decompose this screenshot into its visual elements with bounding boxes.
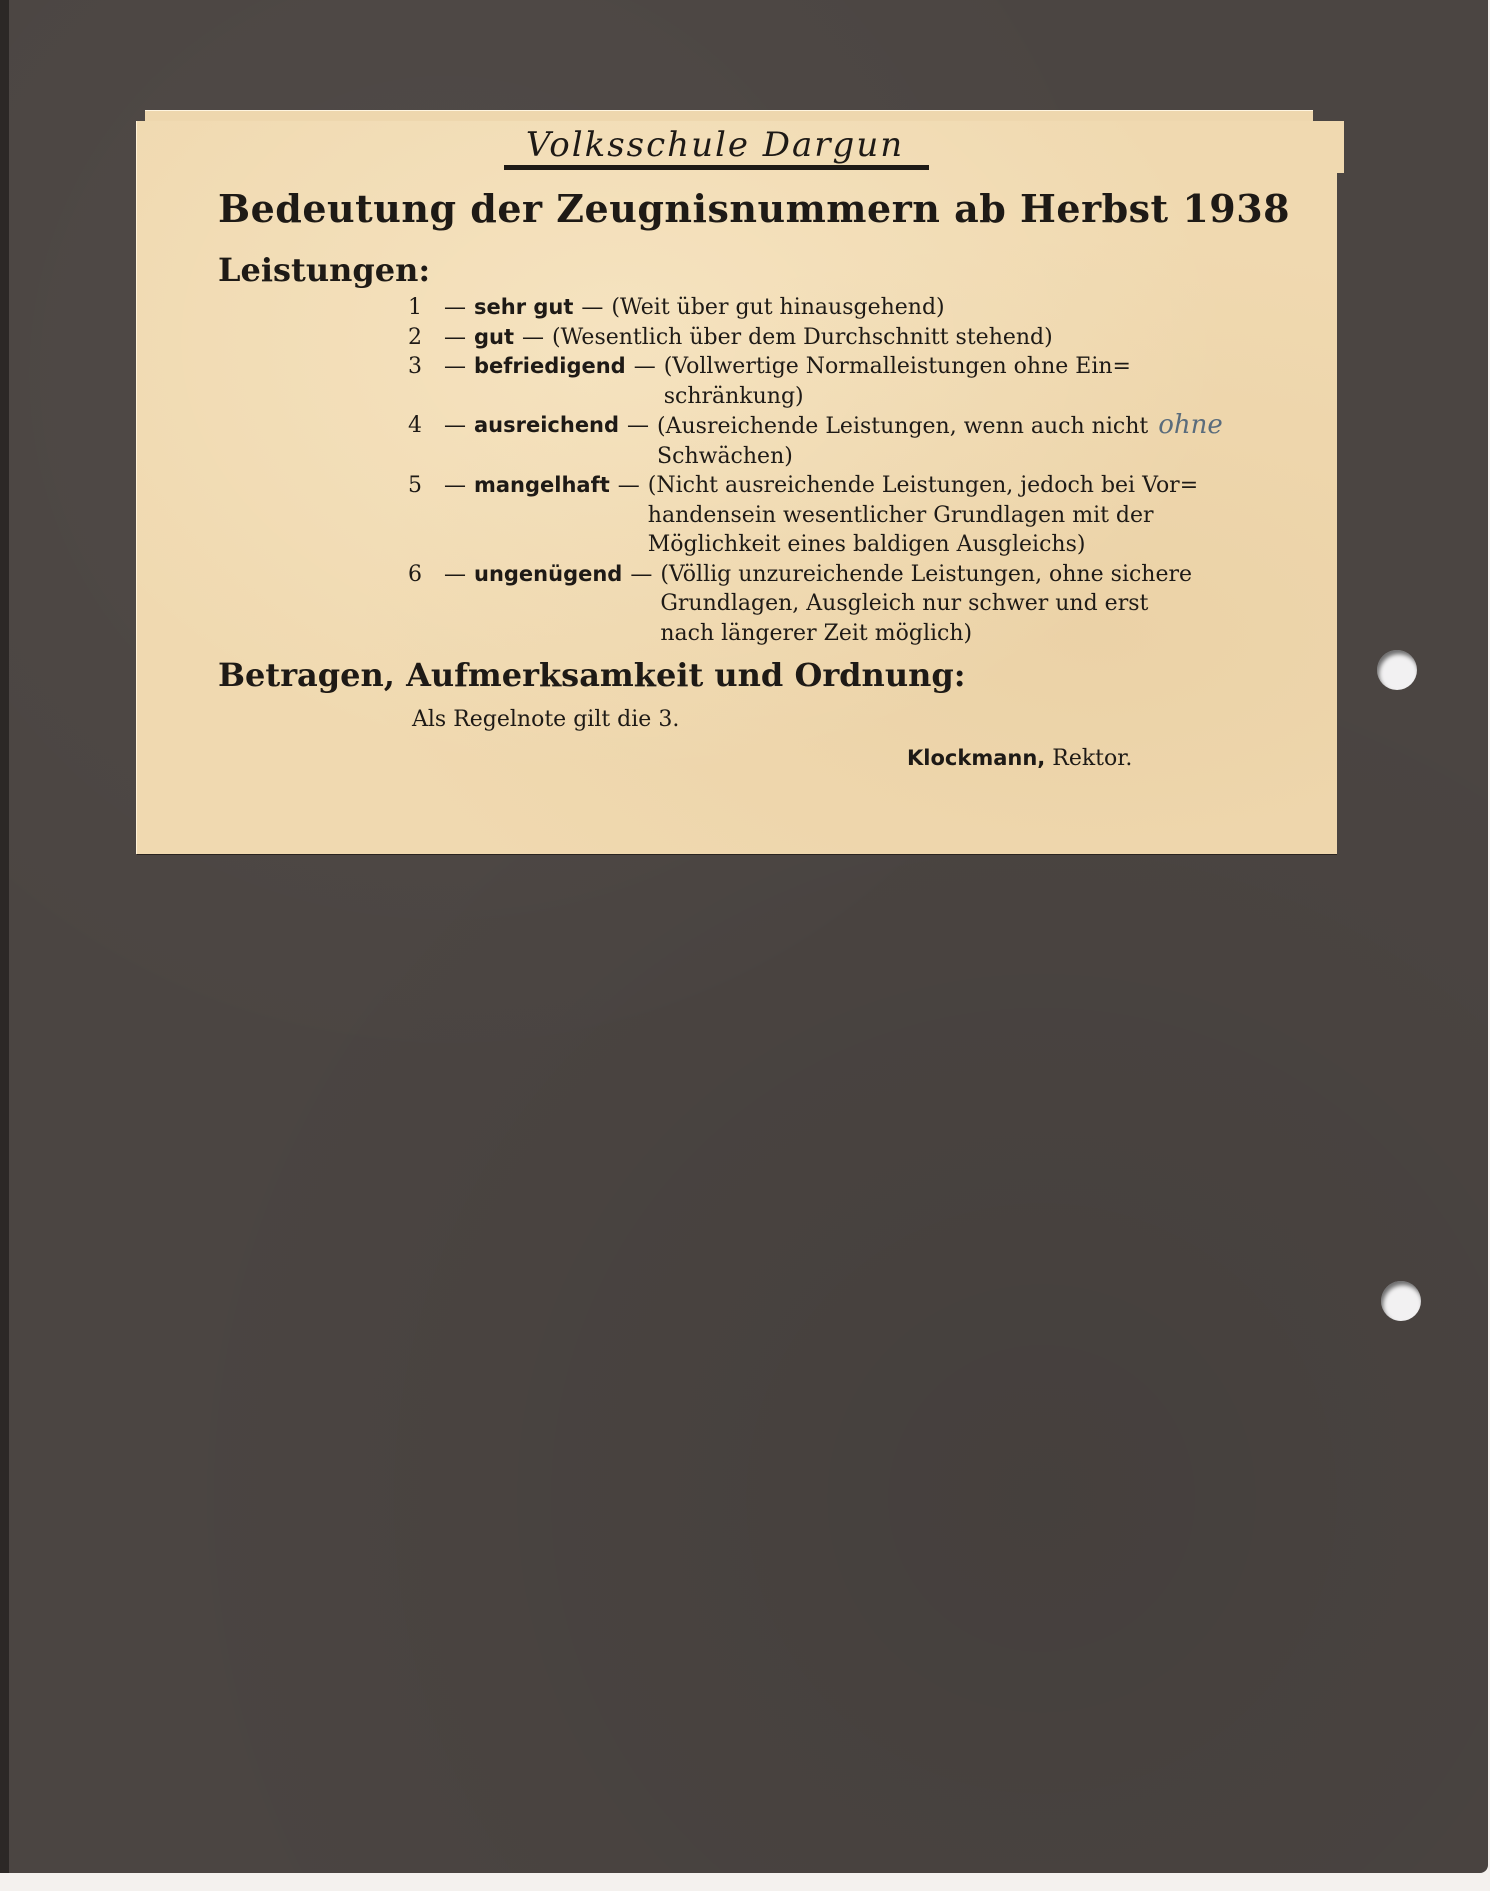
dash: — bbox=[610, 471, 648, 560]
grading-notice-paper: Volksschule Dargun Bedeutung der Zeugnis… bbox=[137, 121, 1337, 854]
grade-number: 4 bbox=[408, 411, 436, 471]
grade-label: gut bbox=[474, 323, 514, 353]
backing-board-edge bbox=[0, 0, 9, 1873]
paper-notch bbox=[1337, 121, 1344, 173]
signature-name: Klockmann, bbox=[907, 746, 1045, 770]
grade-description-continued: Schwächen) bbox=[657, 442, 1223, 472]
dash: — bbox=[573, 293, 611, 323]
dash: — bbox=[626, 352, 664, 411]
dash: — bbox=[622, 560, 660, 649]
grade-description-continued: handensein wesentlicher Grundlagen mit d… bbox=[648, 501, 1198, 531]
grade-item: 1 — sehr gut — (Weit über gut hinausgehe… bbox=[408, 293, 1288, 323]
grade-description: (Wesentlich über dem Durchschnitt stehen… bbox=[552, 323, 1053, 353]
document-heading: Bedeutung der Zeugnisnummern ab Herbst 1… bbox=[218, 186, 1290, 231]
grade-item: 6 — ungenügend — (Völlig unzureichende L… bbox=[408, 560, 1288, 649]
grade-description-continued: Möglichkeit eines baldigen Ausgleichs) bbox=[648, 530, 1198, 560]
grade-label: befriedigend bbox=[474, 352, 626, 411]
grade-description: (Nicht ausreichende Leistungen, jedoch b… bbox=[648, 471, 1198, 501]
dash: — bbox=[436, 352, 474, 411]
handwritten-insertion: ohne bbox=[1158, 410, 1223, 440]
grade-number: 2 bbox=[408, 323, 436, 353]
dash: — bbox=[619, 411, 657, 471]
grade-label: ungenügend bbox=[474, 560, 622, 649]
dash: — bbox=[436, 560, 474, 649]
conduct-section-title: Betragen, Aufmerksamkeit und Ordnung: bbox=[218, 656, 966, 694]
grade-description: (Ausreichende Leistungen, wenn auch nich… bbox=[657, 414, 1148, 439]
dash: — bbox=[436, 323, 474, 353]
dash: — bbox=[436, 411, 474, 471]
grade-description-continued: Grundlagen, Ausgleich nur schwer und ers… bbox=[660, 589, 1192, 619]
grade-number: 5 bbox=[408, 471, 436, 560]
signature: Klockmann, Rektor. bbox=[907, 746, 1132, 771]
grade-number: 6 bbox=[408, 560, 436, 649]
grade-item: 2 — gut — (Wesentlich über dem Durchschn… bbox=[408, 323, 1288, 353]
dash: — bbox=[514, 323, 552, 353]
grade-description: (Vollwertige Normalleistungen ohne Ein= bbox=[664, 352, 1131, 382]
dash: — bbox=[436, 293, 474, 323]
grade-item: 3 — befriedigend — (Vollwertige Normalle… bbox=[408, 352, 1288, 411]
grade-label: sehr gut bbox=[474, 293, 573, 323]
punch-hole bbox=[1377, 650, 1417, 690]
grade-description-continued: nach längerer Zeit möglich) bbox=[660, 619, 1192, 649]
grade-number: 1 bbox=[408, 293, 436, 323]
dash: — bbox=[436, 471, 474, 560]
grade-label: mangelhaft bbox=[474, 471, 610, 560]
performance-section-title: Leistungen: bbox=[218, 251, 430, 289]
signature-title: Rektor. bbox=[1052, 746, 1132, 771]
grade-item: 5 — mangelhaft — (Nicht ausreichende Lei… bbox=[408, 471, 1288, 560]
grade-label: ausreichend bbox=[474, 411, 619, 471]
grade-item: 4 — ausreichend — (Ausreichende Leistung… bbox=[408, 411, 1288, 471]
conduct-note: Als Regelnote gilt die 3. bbox=[412, 707, 679, 732]
grade-description: (Völlig unzureichende Leistungen, ohne s… bbox=[660, 560, 1192, 590]
punch-hole bbox=[1381, 1281, 1421, 1321]
grade-number: 3 bbox=[408, 352, 436, 411]
grade-description: (Weit über gut hinausgehend) bbox=[611, 293, 944, 323]
school-name: Volksschule Dargun bbox=[137, 125, 1293, 165]
grade-description-continued: schränkung) bbox=[664, 382, 1131, 412]
title-underline bbox=[504, 165, 929, 170]
grade-list: 1 — sehr gut — (Weit über gut hinausgehe… bbox=[408, 293, 1288, 648]
